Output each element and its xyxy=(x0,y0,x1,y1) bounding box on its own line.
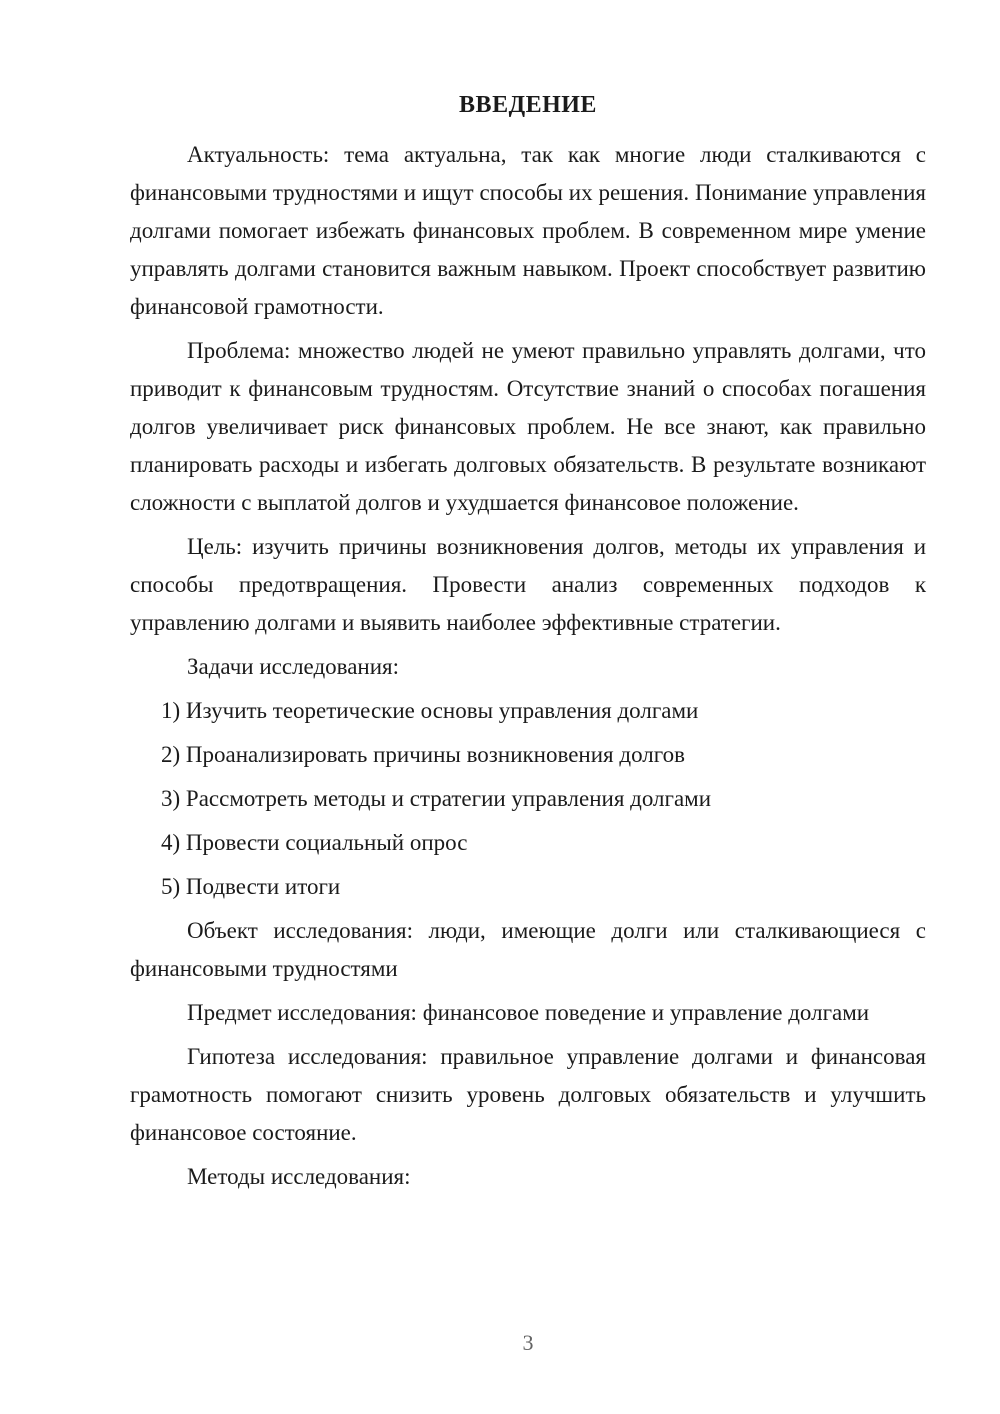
paragraph-hypothesis: Гипотеза исследования: правильное управл… xyxy=(130,1038,926,1152)
paragraph-problem: Проблема: множество людей не умеют прави… xyxy=(130,332,926,522)
section-title: ВВЕДЕНИЕ xyxy=(130,86,926,124)
document-content: ВВЕДЕНИЕ Актуальность: тема актуальна, т… xyxy=(130,86,926,1202)
page-number: 3 xyxy=(130,1328,926,1358)
paragraph-subject: Предмет исследования: финансовое поведен… xyxy=(130,994,926,1032)
document-page: ВВЕДЕНИЕ Актуальность: тема актуальна, т… xyxy=(0,0,1000,1414)
task-item-4: 4) Провести социальный опрос xyxy=(130,824,926,862)
paragraph-goal: Цель: изучить причины возникновения долг… xyxy=(130,528,926,642)
task-item-1: 1) Изучить теоретические основы управлен… xyxy=(130,692,926,730)
task-item-5: 5) Подвести итоги xyxy=(130,868,926,906)
paragraph-tasks-heading: Задачи исследования: xyxy=(130,648,926,686)
paragraph-methods-heading: Методы исследования: xyxy=(130,1158,926,1196)
task-item-3: 3) Рассмотреть методы и стратегии управл… xyxy=(130,780,926,818)
paragraph-object: Объект исследования: люди, имеющие долги… xyxy=(130,912,926,988)
task-item-2: 2) Проанализировать причины возникновени… xyxy=(130,736,926,774)
paragraph-relevance: Актуальность: тема актуальна, так как мн… xyxy=(130,136,926,326)
